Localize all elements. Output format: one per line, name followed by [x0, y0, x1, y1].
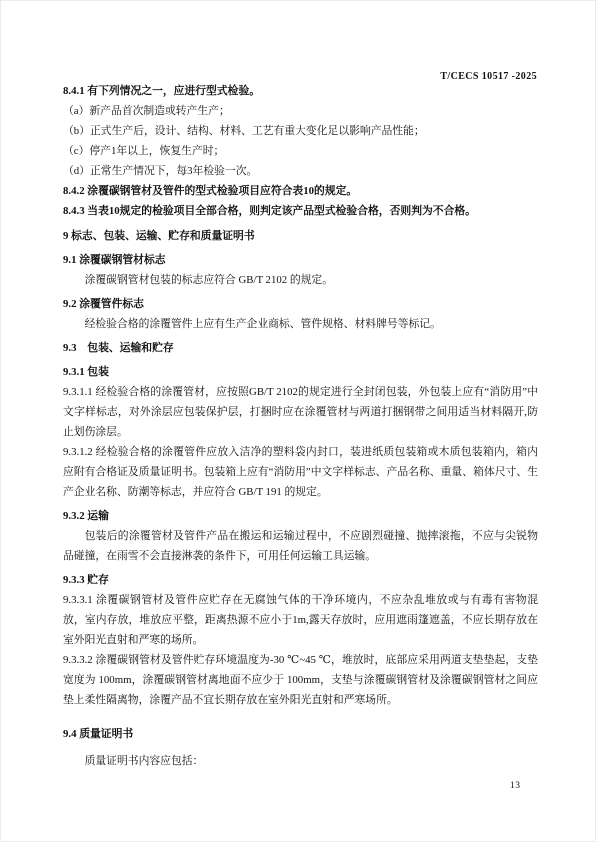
clause-8-4-3: 8.4.3 当表10规定的检验项目全部合格，则判定该产品型式检验合格，否则判为不… — [63, 201, 538, 221]
clause-8-4-1: 8.4.1 有下列情况之一，应进行型式检验。 — [63, 81, 538, 101]
clause-8-4-2: 8.4.2 涂覆碳钢管材及管件的型式检验项目应符合表10的规定。 — [63, 181, 538, 201]
list-item-b: （b）正式生产后，设计、结构、材料、工艺有重大变化足以影响产品性能； — [63, 121, 538, 141]
heading-9-1: 9.1 涂覆碳钢管材标志 — [63, 250, 538, 270]
heading-9-3-1: 9.3.1 包装 — [63, 362, 538, 382]
doc-content: 8.4.1 有下列情况之一，应进行型式检验。（a）新产品首次制造或转产生产；（b… — [63, 81, 538, 771]
list-item-a: （a）新产品首次制造或转产生产； — [63, 101, 538, 121]
para-9-3-2: 包装后的涂覆管材及管件产品在搬运和运输过程中，不应剧烈碰撞、抛摔滚拖，不应与尖锐… — [63, 526, 538, 566]
list-item-c: （c）停产1年以上，恢复生产时； — [63, 141, 538, 161]
para-9-4: 质量证明书内容应包括： — [63, 751, 538, 771]
page-number: 13 — [510, 781, 521, 791]
heading-9: 9 标志、包装、运输、贮存和质量证明书 — [63, 226, 538, 246]
heading-9-4: 9.4 质量证明书 — [63, 724, 538, 744]
heading-9-2: 9.2 涂覆管件标志 — [63, 294, 538, 314]
para-9-3-1-1: 9.3.1.1 经检验合格的涂覆管材，应按照GB/T 2102的规定进行全封闭包… — [63, 382, 538, 442]
heading-9-3: 9.3 包装、运输和贮存 — [63, 338, 538, 358]
heading-9-3-2: 9.3.2 运输 — [63, 506, 538, 526]
para-9-3-3-1: 9.3.3.1 涂覆碳钢管材及管件应贮存在无腐蚀气体的干净环境内，不应杂乱堆放或… — [63, 590, 538, 650]
list-item-d: （d）正常生产情况下，每3年检验一次。 — [63, 161, 538, 181]
heading-9-3-3: 9.3.3 贮存 — [63, 570, 538, 590]
para-9-1: 涂覆碳钢管材包装的标志应符合 GB/T 2102 的规定。 — [63, 270, 538, 290]
document-page: T/CECS 10517 -2025 8.4.1 有下列情况之一，应进行型式检验… — [0, 0, 596, 842]
para-9-3-1-2: 9.3.1.2 经检验合格的涂覆管件应放入洁净的塑料袋内封口，装进纸质包装箱或木… — [63, 442, 538, 502]
para-9-3-3-2: 9.3.3.2 涂覆碳钢管材及管件贮存环境温度为-30 ℃~45 ℃，堆放时，底… — [63, 650, 538, 710]
para-9-2: 经检验合格的涂覆管件上应有生产企业商标、管件规格、材料牌号等标记。 — [63, 314, 538, 334]
